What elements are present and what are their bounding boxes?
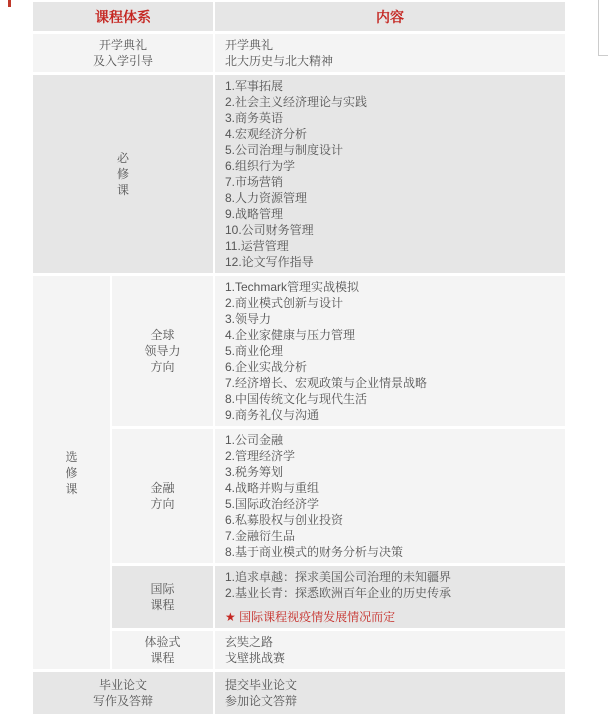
curriculum-table: 课程体系 内容 开学典礼及入学引导 开学典礼北大历史与北大精神 必修课 1.军事… bbox=[33, 2, 565, 714]
text-line: 5.国际政治经济学 bbox=[225, 496, 559, 512]
text-line: 7.金融衍生品 bbox=[225, 528, 559, 544]
text-line: 修 bbox=[65, 465, 77, 481]
text-line: 修 bbox=[117, 166, 129, 182]
text-line: 9.战略管理 bbox=[225, 206, 559, 222]
text-line: 1.追求卓越：探求美国公司治理的未知疆界 bbox=[225, 569, 559, 585]
page-artifact-red-mark bbox=[8, 0, 11, 7]
text-line: 3.领导力 bbox=[225, 311, 559, 327]
text-line: 6.企业实战分析 bbox=[225, 359, 559, 375]
subrow-finance: 金融方向 1.公司金融2.管理经济学3.税务筹划4.战略并购与重组5.国际政治经… bbox=[112, 429, 565, 563]
thesis-label: 毕业论文写作及答辩 bbox=[33, 672, 213, 714]
text-line: 课 bbox=[117, 182, 129, 198]
text-line: 1.Techmark管理实战模拟 bbox=[225, 279, 559, 295]
subrow-experiential: 体验式课程 玄奘之路戈壁挑战赛 bbox=[112, 631, 565, 669]
text-line: 5.商业伦理 bbox=[225, 343, 559, 359]
international-content: 1.追求卓越：探求美国公司治理的未知疆界2.基业长青：探悉欧洲百年企业的历史传承… bbox=[215, 566, 565, 628]
text-line: 北大历史与北大精神 bbox=[225, 53, 559, 69]
text-line: 9.商务礼仪与沟通 bbox=[225, 407, 559, 423]
required-label: 必修课 bbox=[33, 75, 213, 273]
text-line: 8.人力资源管理 bbox=[225, 190, 559, 206]
text-line: 课程 bbox=[150, 650, 174, 666]
thesis-content: 提交毕业论文参加论文答辩 bbox=[215, 672, 565, 714]
international-covid-note: ★ 国际课程视疫情发展情况而定 bbox=[225, 609, 559, 625]
text-line: 方向 bbox=[150, 359, 174, 375]
text-line: 方向 bbox=[150, 496, 174, 512]
text-line: 1.公司金融 bbox=[225, 432, 559, 448]
row-opening-ceremony: 开学典礼及入学引导 开学典礼北大历史与北大精神 bbox=[33, 34, 565, 72]
text-line: 12.论文写作指导 bbox=[225, 254, 559, 270]
opening-label: 开学典礼及入学引导 bbox=[33, 34, 213, 72]
text-line: 2.商业模式创新与设计 bbox=[225, 295, 559, 311]
text-line: 开学典礼 bbox=[225, 37, 559, 53]
text-line: 3.税务筹划 bbox=[225, 464, 559, 480]
elective-label: 选修课 bbox=[33, 276, 110, 669]
opening-content: 开学典礼北大历史与北大精神 bbox=[215, 34, 565, 72]
text-line: 选 bbox=[65, 449, 77, 465]
experiential-label: 体验式课程 bbox=[112, 631, 213, 669]
header-cell-course-system: 课程体系 bbox=[33, 2, 213, 31]
text-line: 玄奘之路 bbox=[225, 634, 559, 650]
text-line: 6.组织行为学 bbox=[225, 158, 559, 174]
text-line: 毕业论文 bbox=[99, 677, 147, 693]
text-line: 4.战略并购与重组 bbox=[225, 480, 559, 496]
text-line: 课 bbox=[65, 481, 77, 497]
text-line: 8.中国传统文化与现代生活 bbox=[225, 391, 559, 407]
international-label: 国际课程 bbox=[112, 566, 213, 628]
finance-label: 金融方向 bbox=[112, 429, 213, 563]
row-elective-courses: 选修课 全球领导力方向 1.Techmark管理实战模拟2.商业模式创新与设计3… bbox=[33, 276, 565, 669]
text-line: 全球 bbox=[150, 327, 174, 343]
required-content: 1.军事拓展2.社会主义经济理论与实践3.商务英语4.宏观经济分析5.公司治理与… bbox=[215, 75, 565, 273]
finance-content: 1.公司金融2.管理经济学3.税务筹划4.战略并购与重组5.国际政治经济学6.私… bbox=[215, 429, 565, 563]
text-line: 3.商务英语 bbox=[225, 110, 559, 126]
text-line: 金融 bbox=[150, 480, 174, 496]
text-line: 2.管理经济学 bbox=[225, 448, 559, 464]
experiential-content: 玄奘之路戈壁挑战赛 bbox=[215, 631, 565, 669]
text-line: 课程 bbox=[150, 597, 174, 613]
text-line: 提交毕业论文 bbox=[225, 677, 559, 693]
text-line: 4.宏观经济分析 bbox=[225, 126, 559, 142]
row-required-courses: 必修课 1.军事拓展2.社会主义经济理论与实践3.商务英语4.宏观经济分析5.公… bbox=[33, 75, 565, 273]
text-line: 4.企业家健康与压力管理 bbox=[225, 327, 559, 343]
text-line: 2.社会主义经济理论与实践 bbox=[225, 94, 559, 110]
text-line: 8.基于商业模式的财务分析与决策 bbox=[225, 544, 559, 560]
international-course-list: 1.追求卓越：探求美国公司治理的未知疆界2.基业长青：探悉欧洲百年企业的历史传承 bbox=[225, 569, 559, 601]
text-line: 必 bbox=[117, 150, 129, 166]
text-line: 戈壁挑战赛 bbox=[225, 650, 559, 666]
text-line: 参加论文答辩 bbox=[225, 693, 559, 709]
text-line: 开学典礼 bbox=[99, 37, 147, 53]
table-header-row: 课程体系 内容 bbox=[33, 2, 565, 31]
text-line: 7.经济增长、宏观政策与企业情景战略 bbox=[225, 375, 559, 391]
text-line: 11.运营管理 bbox=[225, 238, 559, 254]
text-line: 6.私募股权与创业投资 bbox=[225, 512, 559, 528]
global-leadership-content: 1.Techmark管理实战模拟2.商业模式创新与设计3.领导力4.企业家健康与… bbox=[215, 276, 565, 426]
row-thesis: 毕业论文写作及答辩 提交毕业论文参加论文答辩 bbox=[33, 672, 565, 714]
text-line: 写作及答辩 bbox=[93, 693, 153, 709]
subrow-global-leadership: 全球领导力方向 1.Techmark管理实战模拟2.商业模式创新与设计3.领导力… bbox=[112, 276, 565, 426]
subrow-international: 国际课程 1.追求卓越：探求美国公司治理的未知疆界2.基业长青：探悉欧洲百年企业… bbox=[112, 566, 565, 628]
global-leadership-label: 全球领导力方向 bbox=[112, 276, 213, 426]
text-line: 10.公司财务管理 bbox=[225, 222, 559, 238]
cropped-panel-corner-border bbox=[598, 0, 608, 56]
text-line: 领导力 bbox=[144, 343, 180, 359]
header-cell-content: 内容 bbox=[215, 2, 565, 31]
text-line: 及入学引导 bbox=[93, 53, 153, 69]
text-line: 2.基业长青：探悉欧洲百年企业的历史传承 bbox=[225, 585, 559, 601]
text-line: 1.军事拓展 bbox=[225, 78, 559, 94]
text-line: 7.市场营销 bbox=[225, 174, 559, 190]
text-line: 5.公司治理与制度设计 bbox=[225, 142, 559, 158]
elective-subrows: 全球领导力方向 1.Techmark管理实战模拟2.商业模式创新与设计3.领导力… bbox=[112, 276, 565, 669]
text-line: 体验式 bbox=[144, 634, 180, 650]
text-line: 国际 bbox=[150, 581, 174, 597]
